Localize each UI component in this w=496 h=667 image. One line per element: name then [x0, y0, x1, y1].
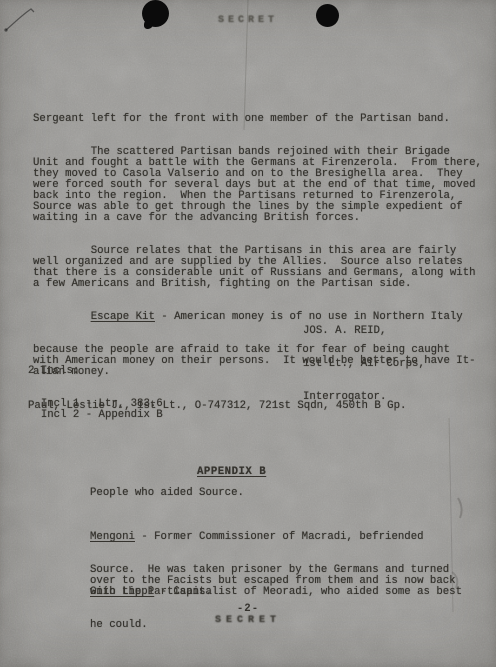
entry-mengoni-line1: Mengoni - Former Commissioner of Macradi…	[90, 532, 456, 543]
pen-mark-dot	[4, 28, 7, 31]
scanned-document-page: SECRET Sergeant left for the front with …	[0, 0, 496, 667]
entry-lippi-line1: Gnio Lippi - Capitalist of Meoradi, who …	[90, 587, 462, 598]
appendix-intro: People who aided Source.	[90, 488, 244, 499]
memo-paragraph-3: Source relates that the Partisans in thi…	[33, 246, 482, 290]
escape-kit-heading: Escape Kit	[91, 311, 155, 323]
enclosures-block: 2 Incls: Incl 1 - Ltr, 383.6 Incl 2 - Ap…	[28, 344, 163, 443]
memo-paragraph-1: Sergeant left for the front with one mem…	[33, 114, 482, 125]
secret-stamp-top: SECRET	[0, 15, 496, 26]
escape-kit-indent	[33, 311, 91, 323]
text-line: a few Americans and British, fighting on…	[33, 279, 482, 290]
memo-paragraph-2: The scattered Partisan bands rejoined wi…	[33, 147, 482, 224]
appendix-title-text: APPENDIX B	[197, 466, 266, 478]
text-line: Sergeant left for the front with one mem…	[33, 114, 482, 125]
signature-rank: 1st Lt., Air Corps,	[303, 359, 425, 370]
subject-line: Paul, Leslie J., 1st Lt., O-747312, 721s…	[28, 401, 406, 412]
signature-name: JOS. A. REID,	[303, 326, 425, 337]
text-line: waiting in a cave for the advancing Brit…	[33, 213, 482, 224]
smudge-right	[458, 498, 462, 518]
entry-mengoni-text: - Former Commissioner of Macradi, befrie…	[135, 531, 424, 543]
entry-lippi-text: - Capitalist of Meoradi, who aided some …	[154, 586, 462, 598]
appendix-title: APPENDIX B	[197, 467, 266, 478]
page-number: -2-	[0, 603, 496, 615]
entry-lippi-name: Gnio Lippi	[90, 586, 154, 598]
secret-stamp-bottom: SECRET	[0, 615, 496, 626]
entry-mengoni-name: Mengoni	[90, 531, 135, 543]
enclosures-heading: 2 Incls:	[28, 366, 163, 377]
